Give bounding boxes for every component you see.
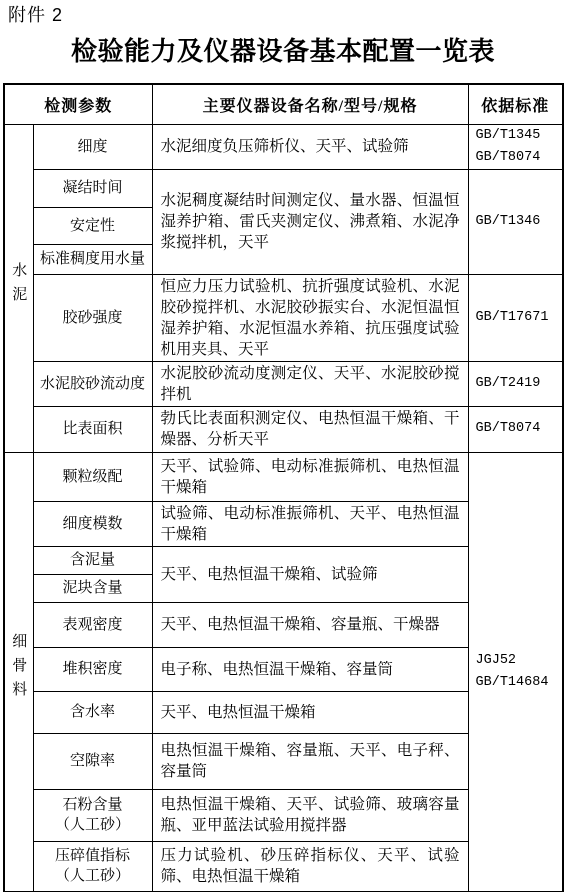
table-row: 细骨料 颗粒级配 天平、试验筛、电动标准振筛机、电热恒温干燥箱 JGJ52 GB… — [4, 452, 563, 501]
equipment-cell: 水泥胶砂流动度测定仪、天平、水泥胶砂搅拌机 — [152, 361, 468, 406]
equipment-cell: 电热恒温干燥箱、天平、试验筛、玻璃容量瓶、亚甲蓝法试验用搅拌器 — [152, 789, 468, 841]
equipment-cell: 电热恒温干燥箱、容量瓶、天平、电子秤、容量筒 — [152, 733, 468, 789]
equipment-cell: 试验筛、电动标准振筛机、天平、电热恒温干燥箱 — [152, 501, 468, 546]
param-cell: 凝结时间 — [33, 169, 152, 207]
table-header-row: 检测参数 主要仪器设备名称/型号/规格 依据标准 — [4, 84, 563, 124]
param-cell: 安定性 — [33, 207, 152, 244]
param-cell: 含泥量 — [33, 546, 152, 574]
equipment-table: 检测参数 主要仪器设备名称/型号/规格 依据标准 水泥 细度 水泥细度负压筛析仪… — [3, 83, 564, 892]
standard-cell: GB/T17671 — [468, 274, 563, 361]
attachment-label: 附件 2 — [8, 4, 566, 26]
standard-cell: GB/T2419 — [468, 361, 563, 406]
equipment-cell: 天平、电热恒温干燥箱、容量瓶、干燥器 — [152, 602, 468, 647]
param-cell: 颗粒级配 — [33, 452, 152, 501]
document-page: 附件 2 检验能力及仪器设备基本配置一览表 检测参数 主要仪器设备名称/型号/规… — [0, 4, 566, 892]
page-title: 检验能力及仪器设备基本配置一览表 — [0, 35, 566, 67]
category-cell-fine-aggregate: 细骨料 — [4, 452, 33, 892]
table-row: 水泥胶砂流动度 水泥胶砂流动度测定仪、天平、水泥胶砂搅拌机 GB/T2419 — [4, 361, 563, 406]
table-row: 凝结时间 水泥稠度凝结时间测定仪、量水器、恒温恒湿养护箱、雷氏夹测定仪、沸煮箱、… — [4, 169, 563, 207]
param-cell: 石粉含量 （人工砂） — [33, 789, 152, 841]
standard-cell: GB/T8074 — [468, 406, 563, 452]
equipment-cell: 压力试验机、砂压碎指标仪、天平、试验筛、电热恒温干燥箱 — [152, 841, 468, 892]
table-row: 胶砂强度 恒应力压力试验机、抗折强度试验机、水泥胶砂搅拌机、水泥胶砂振实台、水泥… — [4, 274, 563, 361]
param-cell: 含水率 — [33, 691, 152, 733]
standard-cell: GB/T1345 GB/T8074 — [468, 124, 563, 169]
equipment-cell: 水泥稠度凝结时间测定仪、量水器、恒温恒湿养护箱、雷氏夹测定仪、沸煮箱、水泥净浆搅… — [152, 169, 468, 274]
category-label: 细骨料 — [8, 633, 29, 705]
param-cell: 细度 — [33, 124, 152, 169]
param-cell: 标准稠度用水量 — [33, 244, 152, 274]
column-header-equipment: 主要仪器设备名称/型号/规格 — [152, 84, 468, 124]
category-label: 水泥 — [8, 262, 29, 310]
param-cell: 胶砂强度 — [33, 274, 152, 361]
param-cell: 压碎值指标 （人工砂） — [33, 841, 152, 892]
param-cell: 空隙率 — [33, 733, 152, 789]
standard-cell: GB/T1346 — [468, 169, 563, 274]
equipment-cell: 天平、试验筛、电动标准振筛机、电热恒温干燥箱 — [152, 452, 468, 501]
param-cell: 泥块含量 — [33, 574, 152, 602]
param-cell: 堆积密度 — [33, 647, 152, 691]
equipment-cell: 天平、电热恒温干燥箱、试验筛 — [152, 546, 468, 602]
equipment-cell: 电子称、电热恒温干燥箱、容量筒 — [152, 647, 468, 691]
equipment-cell: 天平、电热恒温干燥箱 — [152, 691, 468, 733]
table-row: 比表面积 勃氏比表面积测定仪、电热恒温干燥箱、干燥器、分析天平 GB/T8074 — [4, 406, 563, 452]
param-cell: 表观密度 — [33, 602, 152, 647]
param-cell: 比表面积 — [33, 406, 152, 452]
param-cell: 水泥胶砂流动度 — [33, 361, 152, 406]
equipment-cell: 恒应力压力试验机、抗折强度试验机、水泥胶砂搅拌机、水泥胶砂振实台、水泥恒温恒湿养… — [152, 274, 468, 361]
standard-cell: JGJ52 GB/T14684 — [468, 452, 563, 892]
table-row: 水泥 细度 水泥细度负压筛析仪、天平、试验筛 GB/T1345 GB/T8074 — [4, 124, 563, 169]
equipment-cell: 勃氏比表面积测定仪、电热恒温干燥箱、干燥器、分析天平 — [152, 406, 468, 452]
column-header-param: 检测参数 — [4, 84, 152, 124]
param-cell: 细度模数 — [33, 501, 152, 546]
category-cell-cement: 水泥 — [4, 124, 33, 452]
column-header-standard: 依据标准 — [468, 84, 563, 124]
equipment-cell: 水泥细度负压筛析仪、天平、试验筛 — [152, 124, 468, 169]
